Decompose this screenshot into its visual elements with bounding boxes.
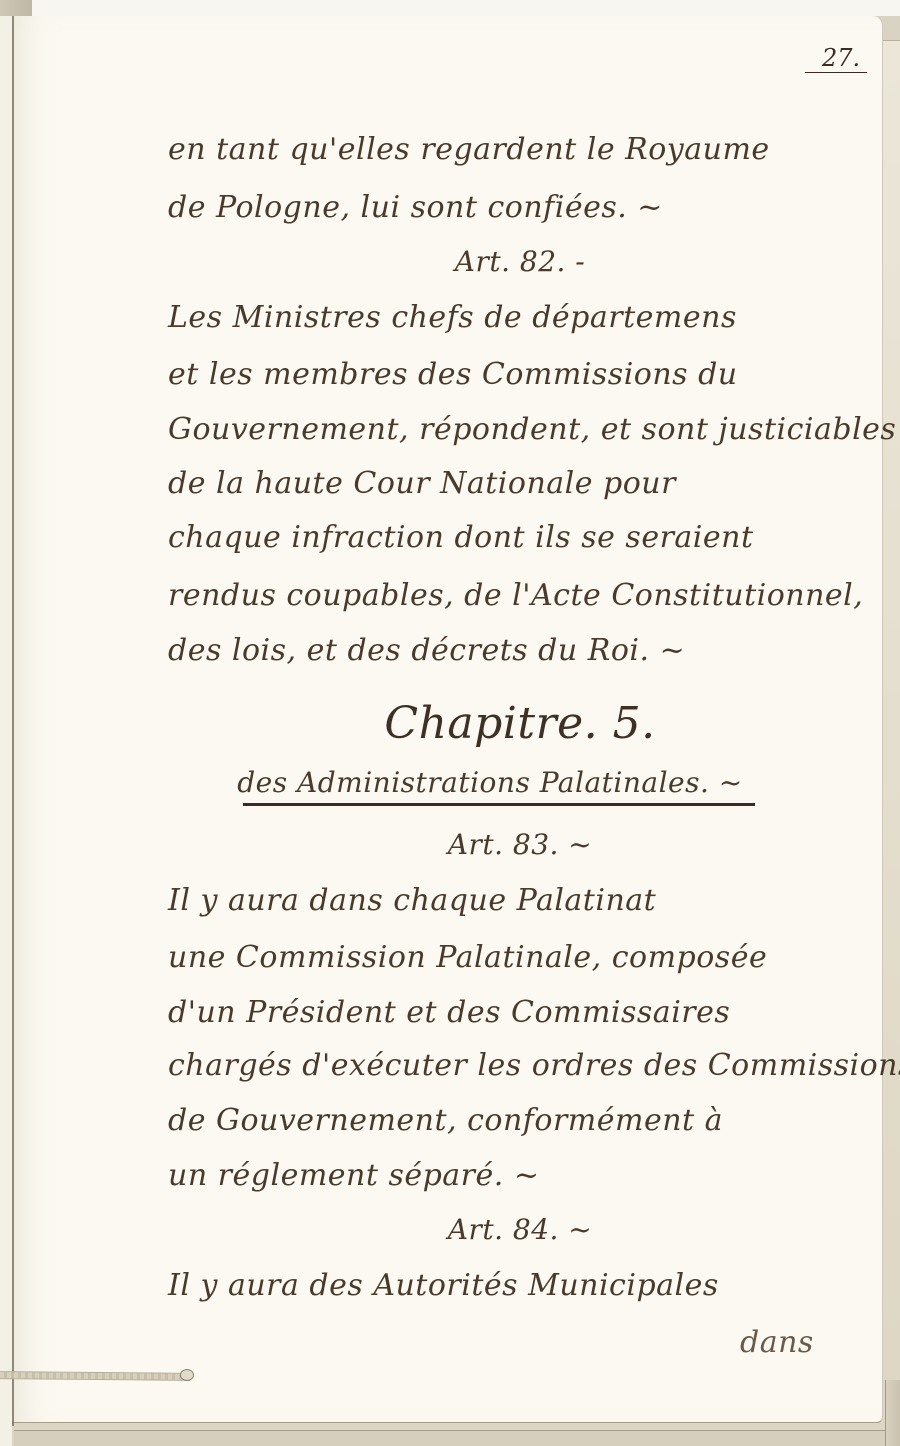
text-line: en tant qu'elles regardent le Royaume — [168, 132, 770, 167]
text-line: rendus coupables, de l'Acte Constitution… — [168, 578, 863, 613]
text-line: Il y aura des Autorités Municipales — [168, 1268, 719, 1303]
text-line: une Commission Palatinale, composée — [168, 940, 767, 975]
page-number-underline — [805, 72, 867, 73]
page-number: 27. — [822, 44, 860, 72]
text-line: chargés d'exécuter les ordres des Commis… — [168, 1048, 900, 1083]
text-line: des lois, et des décrets du Roi. ~ — [168, 633, 685, 668]
book-corner — [0, 0, 32, 16]
background-top — [0, 0, 900, 16]
text-line: de Pologne, lui sont confiées. ~ — [168, 190, 663, 225]
text-line: d'un Président et des Commissaires — [168, 995, 730, 1030]
text-line: chaque infraction dont ils se seraient — [168, 520, 754, 555]
binding-gutter — [12, 16, 14, 1426]
chapter-subtitle: des Administrations Palatinales. ~ — [210, 766, 770, 799]
text-line: Il y aura dans chaque Palatinat — [168, 883, 656, 918]
page-stack-bottom — [14, 1430, 900, 1446]
text-line: et les membres des Commissions du — [168, 357, 738, 392]
article-heading-84: Art. 84. ~ — [170, 1213, 870, 1246]
text-line: un réglement séparé. ~ — [168, 1158, 539, 1193]
catchword: dans — [740, 1325, 814, 1360]
page-stack-right — [885, 1380, 900, 1446]
text-line: Les Ministres chefs de départemens — [168, 300, 737, 335]
article-heading-83: Art. 83. ~ — [170, 828, 870, 861]
text-line: de la haute Cour Nationale pour — [168, 466, 676, 501]
facing-page-edge — [0, 16, 12, 1446]
text-line: Gouvernement, répondent, et sont justici… — [168, 412, 896, 447]
text-line: de Gouvernement, conformément à — [168, 1103, 723, 1138]
binding-thread — [0, 1371, 190, 1381]
chapter-subtitle-underline — [243, 803, 755, 806]
chapter-title: Chapitre. 5. — [170, 698, 870, 749]
binding-thread-knot — [180, 1369, 194, 1381]
article-heading-82: Art. 82. - — [170, 245, 870, 278]
